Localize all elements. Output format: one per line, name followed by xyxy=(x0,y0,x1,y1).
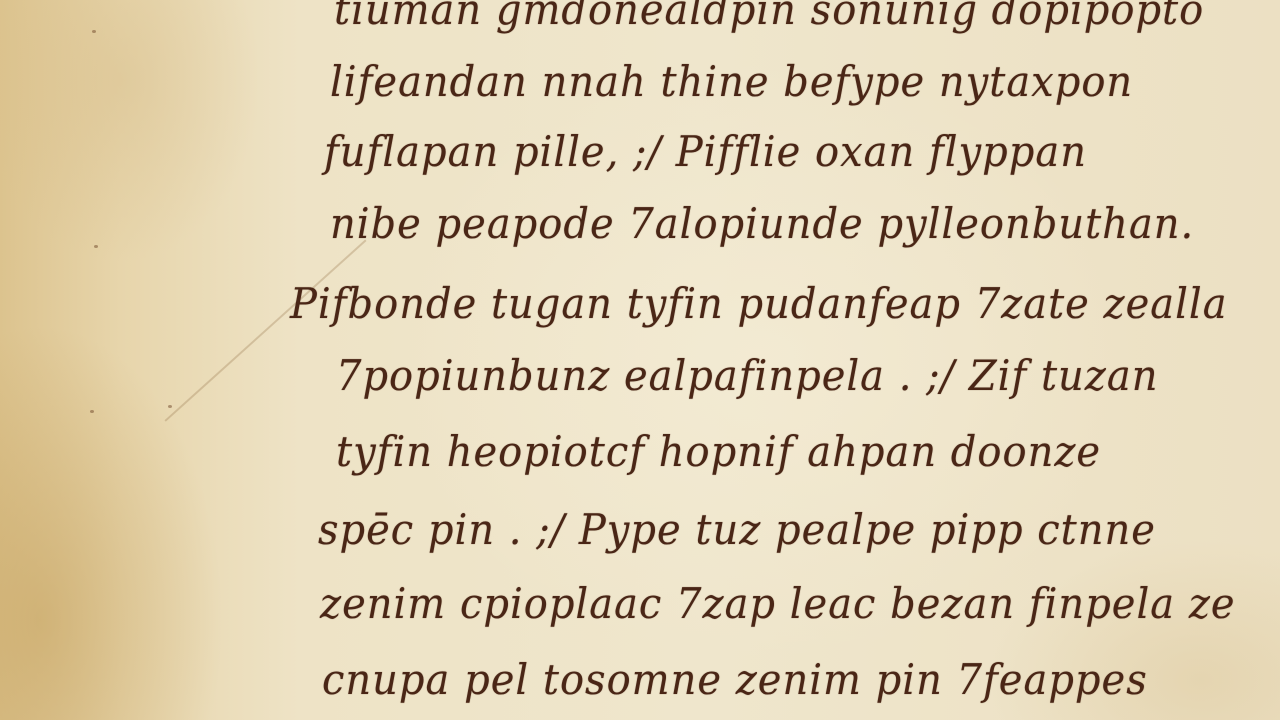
manuscript-line-5: Pifbonde tugan tyfin pudanfeap 7zate zea… xyxy=(290,280,1228,328)
manuscript-line-7: tyfin heopiotcf hopnif ahpan doonze xyxy=(336,428,1101,476)
manuscript-text-block: tiuman gmdonealdpin sonunig dopipopto li… xyxy=(0,0,1280,720)
manuscript-line-9: zenim cpioplaac 7zap leac bezan finpela … xyxy=(320,580,1236,628)
manuscript-line-1: tiuman gmdonealdpin sonunig dopipopto xyxy=(334,0,1204,34)
manuscript-line-4: nibe peapode 7alopiunde pylleonbuthan. xyxy=(330,200,1194,248)
manuscript-line-8: spēc pin . ;/ Pype tuz pealpe pipp ctnne xyxy=(318,506,1156,554)
manuscript-line-3: fuflapan pille, ;/ Pifflie oxan flyppan xyxy=(324,128,1087,176)
manuscript-line-6: 7popiunbunz ealpafinpela . ;/ Zif tuzan xyxy=(336,352,1158,400)
manuscript-line-10: cnupa pel tosomne zenim pin 7feappes xyxy=(322,656,1148,704)
manuscript-line-2: lifeandan nnah thine befype nytaxpon xyxy=(330,58,1133,106)
